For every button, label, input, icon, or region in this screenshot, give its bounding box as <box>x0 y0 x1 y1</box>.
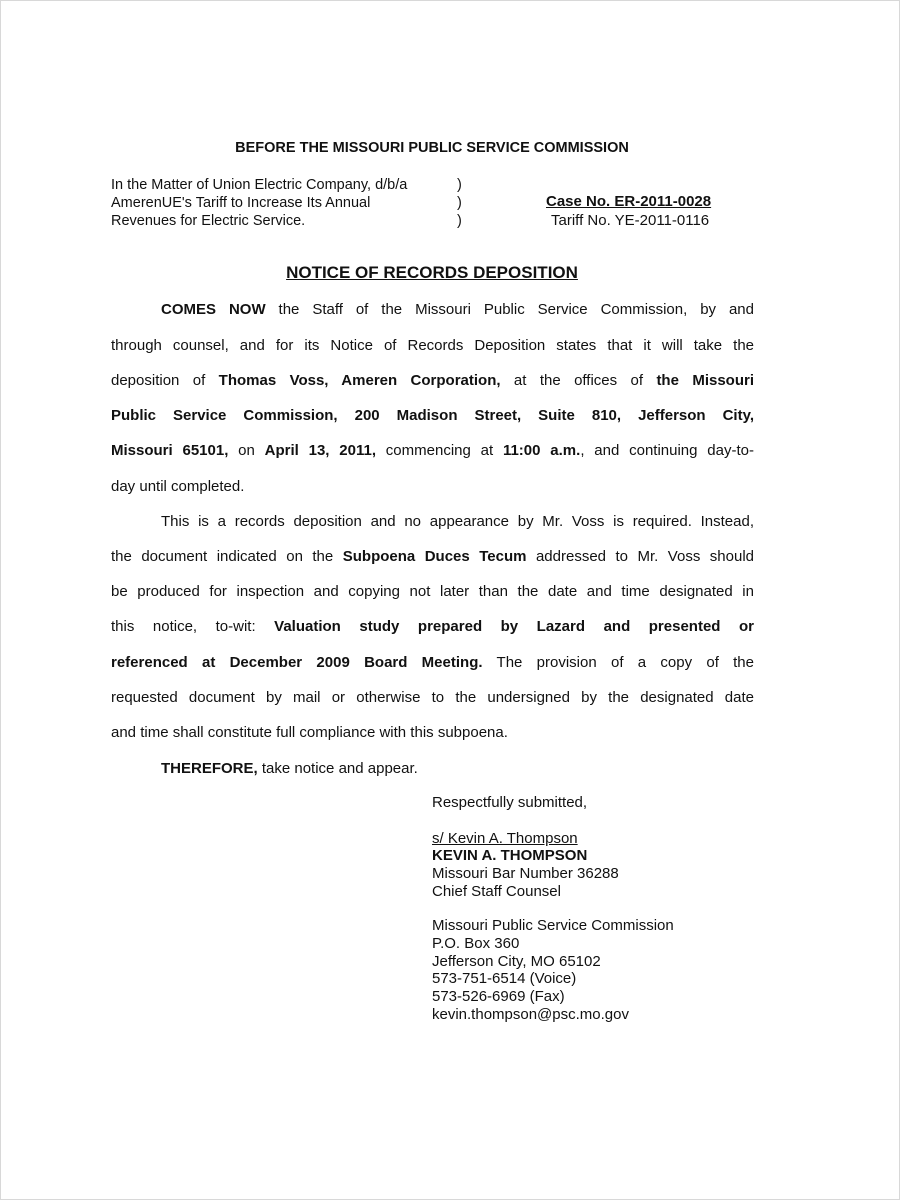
paragraph-2-line: referenced at December 2009 Board Meetin… <box>111 654 754 672</box>
bold-text: the Missouri <box>656 372 754 389</box>
signer-name: KEVIN A. THOMPSON <box>432 847 587 865</box>
paragraph-1-line: Public Service Commission, 200 Madison S… <box>111 407 754 425</box>
paragraph-2-line: this notice, to-wit: Valuation study pre… <box>111 618 754 636</box>
commission-heading: BEFORE THE MISSOURI PUBLIC SERVICE COMMI… <box>1 140 863 156</box>
case-number: Case No. ER-2011-0028 <box>546 193 711 210</box>
text: The provision of a copy of the <box>483 654 754 671</box>
caption-paren: ) <box>457 195 462 211</box>
paragraph-1-line: through counsel, and for its Notice of R… <box>111 337 754 355</box>
bold-text: THEREFORE, <box>161 760 258 777</box>
text: , and continuing day-to- <box>580 442 754 459</box>
document-page: BEFORE THE MISSOURI PUBLIC SERVICE COMMI… <box>0 0 900 1200</box>
email-address: kevin.thompson@psc.mo.gov <box>432 1006 629 1024</box>
paragraph-2-line: and time shall constitute full complianc… <box>111 724 754 742</box>
caption-paren: ) <box>457 213 462 229</box>
signer-role: Chief Staff Counsel <box>432 883 561 901</box>
paragraph-2-line: the document indicated on the Subpoena D… <box>111 548 754 566</box>
deposition-date: April 13, 2011, <box>265 442 376 459</box>
text: on <box>228 442 264 459</box>
text: take notice and appear. <box>258 760 418 777</box>
caption-matter-line-2: AmerenUE's Tariff to Increase Its Annual <box>111 195 370 211</box>
paragraph-3-line: THEREFORE, take notice and appear. <box>111 760 754 778</box>
deponent-name: Thomas Voss, Ameren Corporation, <box>219 372 501 389</box>
text: the Staff of the Missouri Public Service… <box>266 301 754 318</box>
notice-title: NOTICE OF RECORDS DEPOSITION <box>1 263 863 283</box>
paragraph-1-line: deposition of Thomas Voss, Ameren Corpor… <box>111 372 754 390</box>
text: deposition of <box>111 372 219 389</box>
text: commencing at <box>376 442 503 459</box>
bold-text: Valuation study prepared by Lazard and p… <box>274 618 754 635</box>
paragraph-2-line: be produced for inspection and copying n… <box>111 583 754 601</box>
text: the document indicated on the <box>111 548 343 565</box>
text: at the offices of <box>501 372 657 389</box>
bold-text: COMES NOW <box>161 301 266 318</box>
organization: Missouri Public Service Commission <box>432 917 674 935</box>
bar-number: Missouri Bar Number 36288 <box>432 865 619 883</box>
closing-text: Respectfully submitted, <box>432 794 587 812</box>
paragraph-2-line: requested document by mail or otherwise … <box>111 689 754 707</box>
city-state-zip: Jefferson City, MO 65102 <box>432 953 601 971</box>
paragraph-1-line: day until completed. <box>111 478 754 496</box>
electronic-signature: s/ Kevin A. Thompson <box>432 830 578 848</box>
bold-text: referenced at December 2009 Board Meetin… <box>111 654 483 671</box>
deposition-time: 11:00 a.m. <box>503 442 580 459</box>
paragraph-2-line: This is a records deposition and no appe… <box>111 513 754 531</box>
po-box: P.O. Box 360 <box>432 935 519 953</box>
text: this notice, to-wit: <box>111 618 274 635</box>
bold-text: Subpoena Duces Tecum <box>343 548 527 565</box>
caption-matter-line-1: In the Matter of Union Electric Company,… <box>111 177 407 193</box>
voice-phone: 573-751-6514 (Voice) <box>432 970 576 988</box>
caption-paren: ) <box>457 177 462 193</box>
text: addressed to Mr. Voss should <box>526 548 754 565</box>
paragraph-1-line: Missouri 65101, on April 13, 2011, comme… <box>111 442 754 460</box>
bold-text: Missouri 65101, <box>111 442 228 459</box>
tariff-number: Tariff No. YE-2011-0116 <box>551 212 709 229</box>
paragraph-1-line: COMES NOW the Staff of the Missouri Publ… <box>111 301 754 319</box>
fax-number: 573-526-6969 (Fax) <box>432 988 565 1006</box>
caption-matter-line-3: Revenues for Electric Service. <box>111 213 305 229</box>
